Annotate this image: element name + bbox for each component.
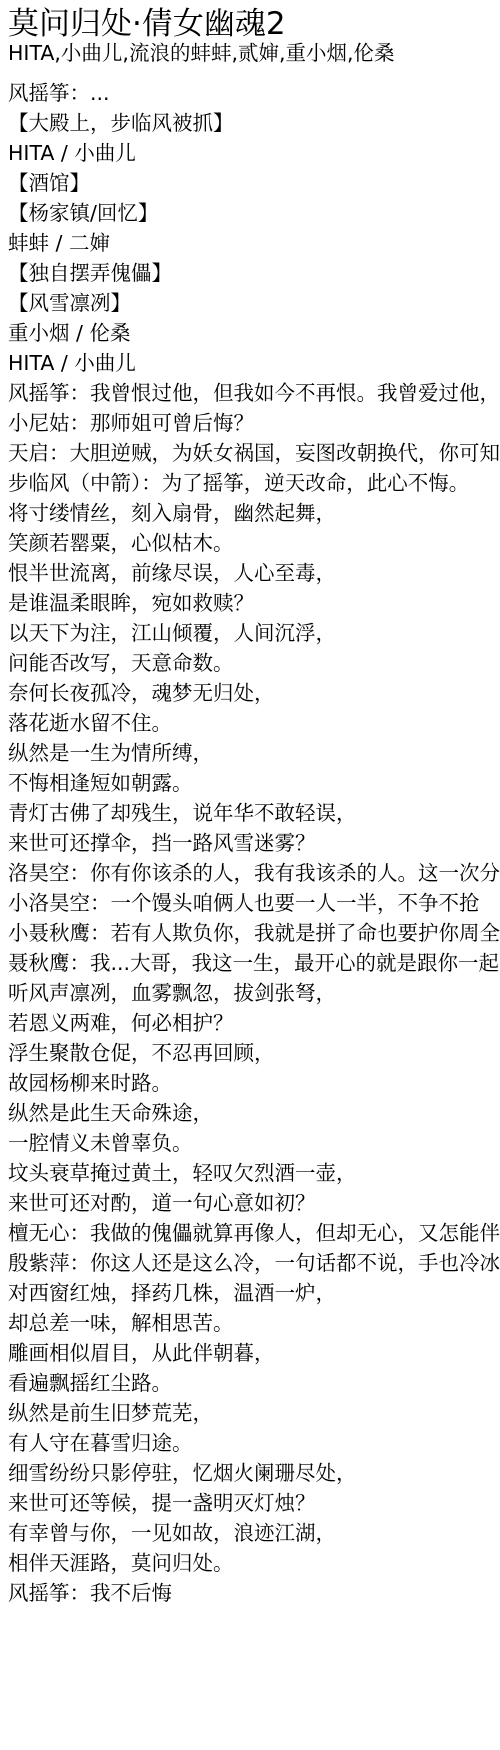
lyric-line: 细雪纷纷只影停驻，忆烟火阑珊尽处， — [8, 1458, 500, 1488]
lyric-line: 小洛昊空：一个馒头咱俩人也要一人一半，不争不抢 — [8, 888, 500, 918]
lyric-line: 青灯古佛了却残生，说年华不敢轻误， — [8, 798, 500, 828]
lyrics-body: 风摇筝：...【大殿上，步临风被抓】HITA / 小曲儿【酒馆】【杨家镇/回忆】… — [8, 78, 500, 1608]
lyric-line: 若恩义两难，何必相护？ — [8, 1008, 500, 1038]
lyric-line: 纵然是一生为情所缚， — [8, 738, 500, 768]
lyric-line: 奈何长夜孤冷，魂梦无归处， — [8, 678, 500, 708]
lyric-line: 来世可还等候，提一盏明灭灯烛？ — [8, 1488, 500, 1518]
lyric-line: 【独自摆弄傀儡】 — [8, 258, 500, 288]
lyric-line: 重小烟 / 伦桑 — [8, 318, 500, 348]
lyric-line: 看遍飘摇红尘路。 — [8, 1368, 500, 1398]
lyric-line: 故园杨柳来时路。 — [8, 1068, 500, 1098]
lyric-line: 步临风（中箭）：为了摇筝，逆天改命，此心不悔。 — [8, 468, 500, 498]
lyric-line: 坟头衰草掩过黄土，轻叹欠烈酒一壶， — [8, 1158, 500, 1188]
lyric-line: 殷紫萍：你这人还是这么冷，一句话都不说，手也冷冰 — [8, 1248, 500, 1278]
song-title: 莫问归处·倩女幽魂2 — [8, 8, 500, 40]
lyric-line: 恨半世流离，前缘尽误，人心至毒， — [8, 558, 500, 588]
lyric-line: 风摇筝：我曾恨过他，但我如今不再恨。我曾爱过他， — [8, 378, 500, 408]
lyric-line: HITA / 小曲儿 — [8, 138, 500, 168]
lyric-line: 问能否改写，天意命数。 — [8, 648, 500, 678]
artists-line: HITA,小曲儿,流浪的蚌蚌,贰婶,重小烟,伦桑 — [8, 43, 500, 64]
lyric-line: 小尼姑：那师姐可曾后悔？ — [8, 408, 500, 438]
lyric-line: 却总差一味，解相思苦。 — [8, 1308, 500, 1338]
lyric-line: 不悔相逢短如朝露。 — [8, 768, 500, 798]
lyric-line: 【杨家镇/回忆】 — [8, 198, 500, 228]
lyric-line: 天启：大胆逆贼，为妖女祸国，妄图改朝换代，你可知 — [8, 438, 500, 468]
lyric-line: 【酒馆】 — [8, 168, 500, 198]
lyric-line: 【大殿上，步临风被抓】 — [8, 108, 500, 138]
lyric-line: 是谁温柔眼眸，宛如救赎？ — [8, 588, 500, 618]
lyric-line: 风摇筝：... — [8, 78, 500, 108]
lyric-line: 小聂秋鹰：若有人欺负你，我就是拼了命也要护你周全 — [8, 918, 500, 948]
lyric-line: 浮生聚散仓促，不忍再回顾， — [8, 1038, 500, 1068]
lyric-line: 【风雪凛冽】 — [8, 288, 500, 318]
lyric-line: 聂秋鹰：我...大哥，我这一生，最开心的就是跟你一起 — [8, 948, 500, 978]
lyric-line: 将寸缕情丝，刻入扇骨，幽然起舞， — [8, 498, 500, 528]
lyric-line: 有人守在暮雪归途。 — [8, 1428, 500, 1458]
lyric-line: 有幸曾与你，一见如故，浪迹江湖， — [8, 1518, 500, 1548]
lyric-line: 听风声凛冽，血雾飘忽，拔剑张弩， — [8, 978, 500, 1008]
lyric-line: 以天下为注，江山倾覆，人间沉浮， — [8, 618, 500, 648]
lyric-line: 相伴天涯路，莫问归处。 — [8, 1548, 500, 1578]
lyric-line: 风摇筝：我不后悔 — [8, 1578, 500, 1608]
lyric-line: 落花逝水留不住。 — [8, 708, 500, 738]
lyric-line: 檀无心：我做的傀儡就算再像人，但却无心，又怎能伴 — [8, 1218, 500, 1248]
lyric-line: 来世可还对酌，道一句心意如初？ — [8, 1188, 500, 1218]
lyric-line: 对西窗红烛，择药几株，温酒一炉， — [8, 1278, 500, 1308]
lyric-line: 洛昊空：你有你该杀的人，我有我该杀的人。这一次分 — [8, 858, 500, 888]
lyric-line: 纵然是前生旧梦荒芜， — [8, 1398, 500, 1428]
lyric-line: 纵然是此生天命殊途， — [8, 1098, 500, 1128]
lyric-line: 来世可还撑伞，挡一路风雪迷雾？ — [8, 828, 500, 858]
lyric-line: 雕画相似眉目，从此伴朝暮， — [8, 1338, 500, 1368]
lyric-line: HITA / 小曲儿 — [8, 348, 500, 378]
lyrics-page: 莫问归处·倩女幽魂2 HITA,小曲儿,流浪的蚌蚌,贰婶,重小烟,伦桑 风摇筝：… — [0, 0, 500, 1608]
lyric-line: 蚌蚌 / 二婶 — [8, 228, 500, 258]
lyric-line: 一腔情义未曾辜负。 — [8, 1128, 500, 1158]
lyric-line: 笑颜若罂粟，心似枯木。 — [8, 528, 500, 558]
